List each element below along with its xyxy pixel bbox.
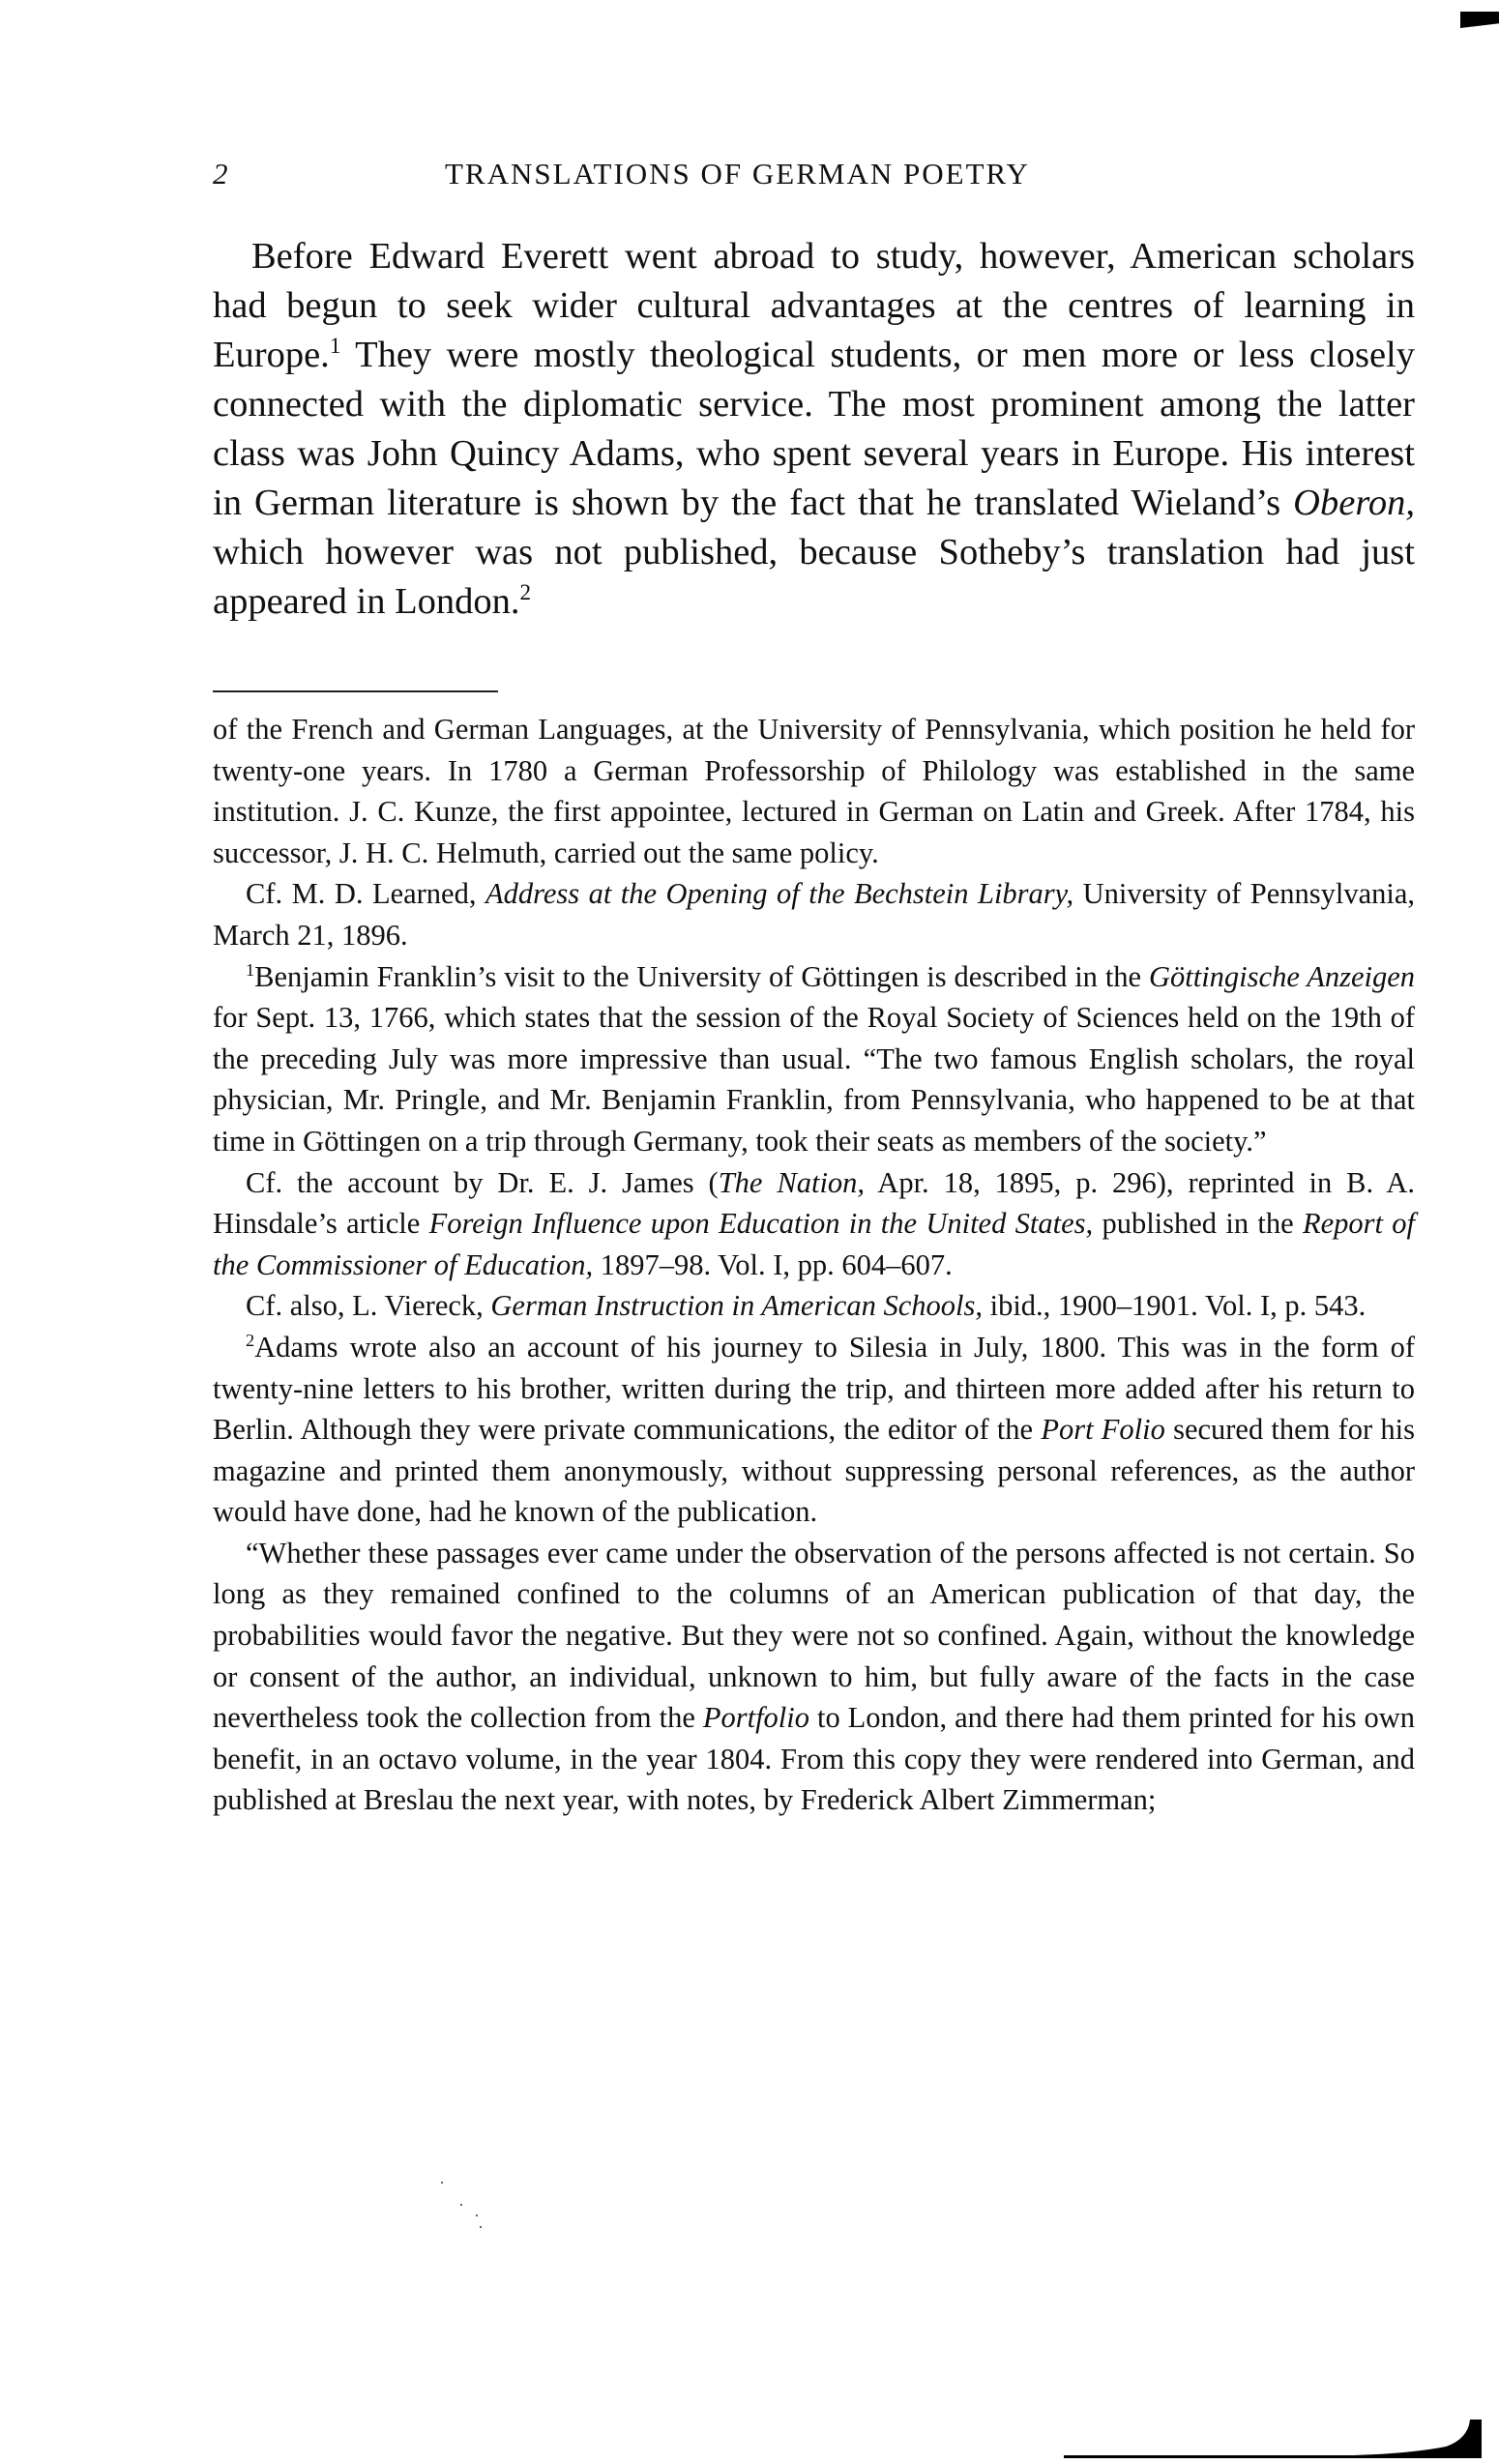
text-run: Cf. M. D. Learned, bbox=[246, 877, 485, 910]
footnote-marker: 2 bbox=[246, 1331, 254, 1350]
scan-corner-mark-bottom bbox=[1064, 2420, 1482, 2458]
footnote-paragraph: “Whether these passages ever came under … bbox=[213, 1533, 1415, 1821]
footnote-paragraph: Cf. also, L. Viereck, German Instruction… bbox=[213, 1285, 1415, 1327]
running-head: 2 TRANSLATIONS OF GERMAN POETRY bbox=[213, 157, 1415, 195]
italic-title: Portfolio bbox=[703, 1701, 809, 1734]
italic-title: The Nation, bbox=[719, 1166, 865, 1199]
footnote-paragraph: Cf. M. D. Learned, Address at the Openin… bbox=[213, 873, 1415, 955]
footnote-continuation: of the French and German Languages, at t… bbox=[213, 709, 1415, 873]
footnotes: of the French and German Languages, at t… bbox=[213, 709, 1415, 1821]
text-run: of the French and German Languages, at t… bbox=[213, 713, 1415, 869]
text-run: which however was not published, because… bbox=[213, 532, 1415, 622]
page-number: 2 bbox=[213, 157, 229, 191]
footnote-paragraph: 1Benjamin Franklin’s visit to the Univer… bbox=[213, 956, 1415, 1162]
body-paragraph: Before Edward Everett went abroad to stu… bbox=[213, 232, 1415, 627]
running-title: TRANSLATIONS OF GERMAN POETRY bbox=[445, 157, 1030, 191]
text-run: ibid., 1900–1901. Vol. I, p. 543. bbox=[983, 1289, 1366, 1322]
footnote-paragraph: Cf. the account by Dr. E. J. James (The … bbox=[213, 1162, 1415, 1286]
scan-corner-mark-top bbox=[1460, 12, 1499, 28]
text-run: 1897–98. Vol. I, pp. 604–607. bbox=[593, 1248, 953, 1281]
italic-title: Foreign Influence upon Education in the … bbox=[429, 1207, 1094, 1240]
text-run: They were mostly theological students, o… bbox=[213, 335, 1415, 523]
italic-title: Göttingische Anzeigen bbox=[1149, 960, 1415, 993]
footnote-divider bbox=[213, 690, 498, 692]
text-run: published in the bbox=[1093, 1207, 1303, 1240]
footnote-marker: 2 bbox=[520, 579, 532, 604]
scan-specks bbox=[440, 2181, 498, 2239]
footnote-paragraph: 2Adams wrote also an account of his jour… bbox=[213, 1327, 1415, 1533]
text-run: Cf. the account by Dr. E. J. James ( bbox=[246, 1166, 719, 1199]
text-run: Benjamin Franklin’s visit to the Univers… bbox=[254, 960, 1149, 993]
text-run: Cf. also, L. Viereck, bbox=[246, 1289, 490, 1322]
italic-title: Port Folio bbox=[1041, 1413, 1165, 1446]
text-run: for Sept. 13, 1766, which states that th… bbox=[213, 1001, 1415, 1158]
footnote-marker: 1 bbox=[246, 959, 254, 979]
italic-title: German Instruction in American Schools, bbox=[490, 1289, 983, 1322]
italic-title: Oberon, bbox=[1293, 483, 1415, 523]
italic-title: Address at the Opening of the Bechstein … bbox=[485, 877, 1073, 910]
footnote-marker: 1 bbox=[330, 333, 341, 358]
